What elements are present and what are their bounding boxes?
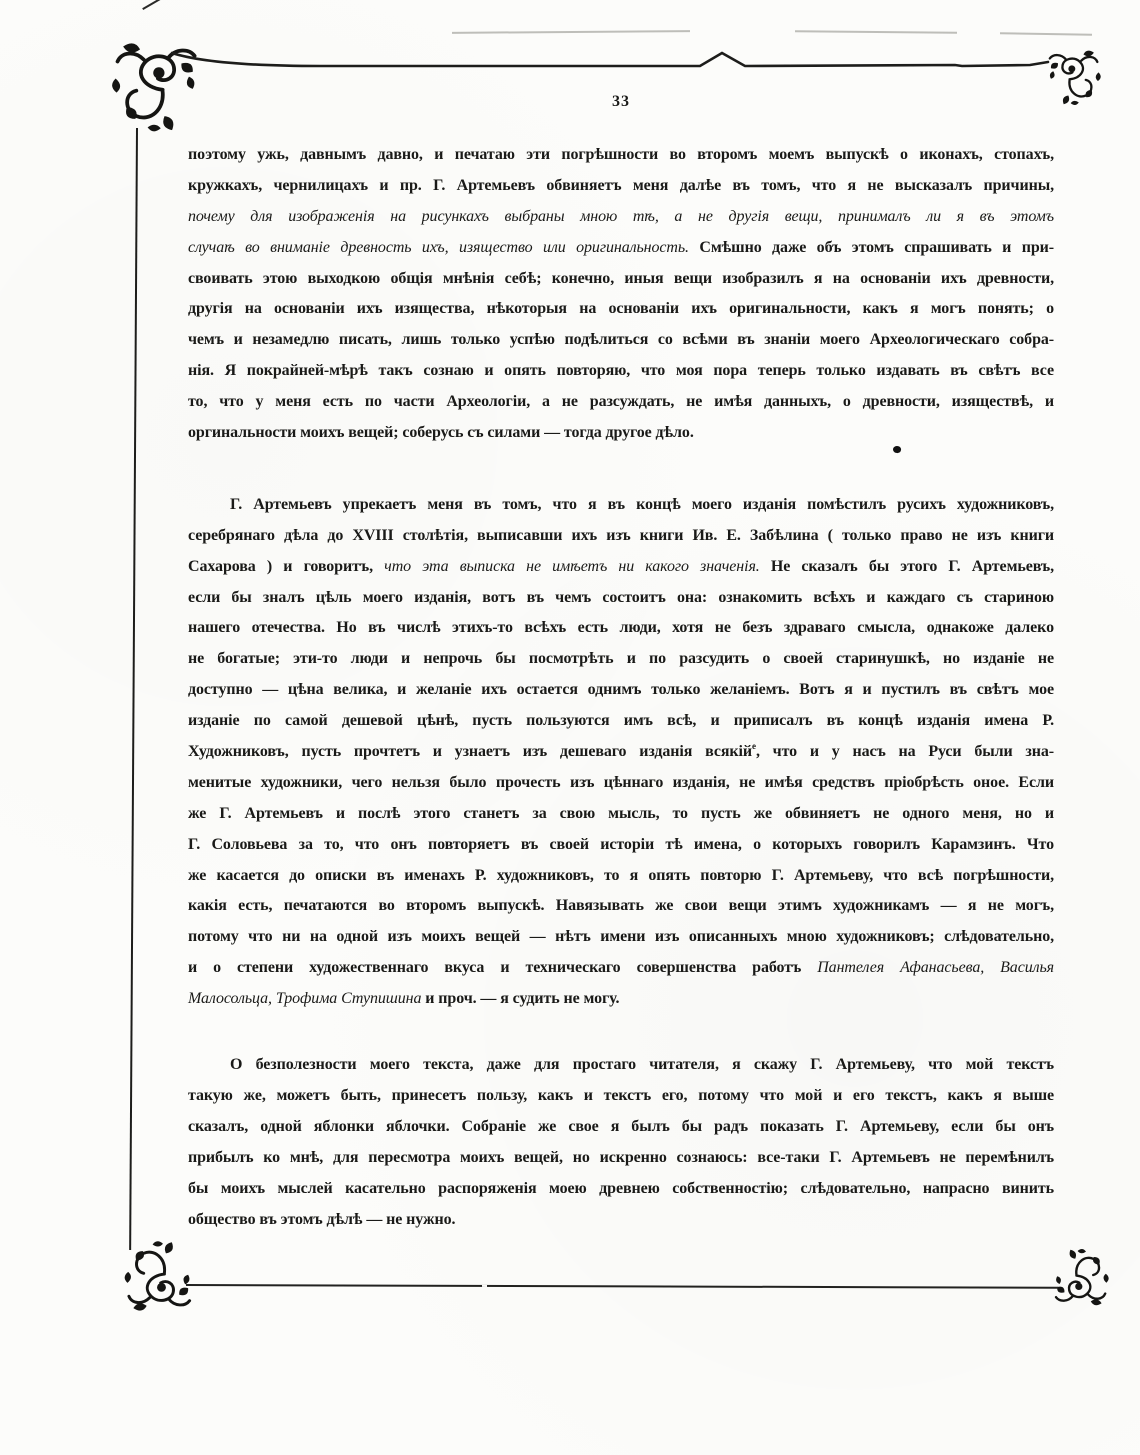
- text-line: не богатые; эти-то люди и непрочь бы пос…: [188, 644, 1054, 675]
- text-run: Г. Артемьевъ упрекаетъ меня въ томъ, что…: [230, 496, 1054, 513]
- text-line: какія есть, печатаются во второмъ выпуск…: [188, 891, 1054, 922]
- text-run: кружкахъ, чернилицахъ и пр. Г. Артемьевъ…: [188, 177, 1054, 194]
- text-run: оргинальности моихъ вещей; соберусь съ с…: [188, 424, 694, 441]
- text-line: серебрянаго дѣла до XVIII столѣтія, выпи…: [188, 521, 1054, 552]
- text-run: своивать этою выходкою общія мнѣнія себѣ…: [188, 270, 1054, 287]
- text-run: бы моихъ мыслей касательно распоряженія …: [188, 1180, 1054, 1197]
- text-run: Не сказалъ бы этого Г. Артемьевъ,: [771, 558, 1054, 575]
- text-line: общество въ этомъ дѣлѣ — не нужно.: [188, 1205, 1054, 1236]
- text-line: менитые художники, чего нельзя было проч…: [188, 768, 1054, 799]
- text-run: менитые художники, чего нельзя было проч…: [188, 774, 1054, 791]
- italic-text-run: Пантелея Афанасьева, Василья: [817, 959, 1054, 976]
- text-run: доступно — цѣна велика, и желаніе ихъ ос…: [188, 681, 1054, 698]
- text-line: Малосольца, Трофима Ступишина и проч. — …: [188, 984, 1054, 1015]
- text-run: то, что у меня есть по части Археологіи,…: [188, 393, 1054, 410]
- text-line: почему для изображенія на рисункахъ выбр…: [188, 202, 1054, 233]
- faint-scan-line: [1000, 32, 1092, 35]
- text-line: и о степени художественнаго вкуса и техн…: [188, 953, 1054, 984]
- text-run: сказалъ, одной яблонки яблочки. Собраніе…: [188, 1118, 1054, 1135]
- rule-break: [482, 1285, 487, 1287]
- text-run: Г. Соловьева за то, что онъ повторяетъ в…: [188, 836, 1054, 853]
- text-run: Смѣшно даже объ этомъ спрашивать и при-: [699, 239, 1054, 256]
- text-line: доступно — цѣна велика, и желаніе ихъ ос…: [188, 675, 1054, 706]
- text-line: прибылъ ко мнѣ, для пересмотра моихъ вещ…: [188, 1143, 1054, 1174]
- text-line: бы моихъ мыслей касательно распоряженія …: [188, 1174, 1054, 1205]
- text-run: не богатые; эти-то люди и непрочь бы пос…: [188, 650, 1054, 667]
- text-run: прибылъ ко мнѣ, для пересмотра моихъ вещ…: [188, 1149, 1054, 1166]
- text-column: поэтому ужь, давнымъ давно, и печатаю эт…: [188, 140, 1054, 1235]
- floral-corner-ornament-bottom-left-icon: [120, 1240, 200, 1314]
- text-line: своивать этою выходкою общія мнѣнія себѣ…: [188, 264, 1054, 295]
- text-run: и о степени художественнаго вкуса и техн…: [188, 959, 817, 976]
- text-line: случаѣ во вниманіе древность ихъ, изящес…: [188, 233, 1054, 264]
- text-run: Художниковъ, пусть прочтетъ и узнаетъ из…: [188, 743, 752, 760]
- scanned-book-page: 33 поэтому ужь, давнымъ давно, и печатаю…: [0, 0, 1140, 1455]
- paragraph: О безполезности моего текста, даже для п…: [188, 1050, 1054, 1235]
- left-vertical-rule: [129, 128, 138, 1250]
- text-line: О безполезности моего текста, даже для п…: [188, 1050, 1054, 1081]
- bottom-rule: [186, 1284, 1058, 1289]
- italic-text-run: почему для изображенія на рисункахъ выбр…: [188, 208, 1054, 225]
- text-line: оргинальности моихъ вещей; соберусь съ с…: [188, 418, 1054, 449]
- diagonal-edge-stroke: [142, 0, 176, 10]
- text-line: такую же, можетъ быть, принесетъ пользу,…: [188, 1081, 1054, 1112]
- text-line: же Г. Артемьевъ и послѣ этого станетъ за…: [188, 799, 1054, 830]
- text-line: нашего отечества. Но въ числѣ этихъ-то в…: [188, 613, 1054, 644]
- text-run: Сахарова ) и говоритъ,: [188, 558, 384, 575]
- paragraph: поэтому ужь, давнымъ давно, и печатаю эт…: [188, 140, 1054, 449]
- text-line: нія. Я покрайней-мѣрѣ такъ сознаю и опят…: [188, 356, 1054, 387]
- paragraph: Г. Артемьевъ упрекаетъ меня въ томъ, что…: [188, 490, 1054, 1015]
- text-run: нашего отечества. Но въ числѣ этихъ-то в…: [188, 619, 1054, 636]
- text-line: чемъ и незамедлю писать, лишь только усп…: [188, 325, 1054, 356]
- floral-corner-ornament-bottom-right-icon: [1050, 1240, 1110, 1316]
- text-run: нія. Я покрайней-мѣрѣ такъ сознаю и опят…: [188, 362, 1054, 379]
- text-line: изданіе по самой дешевой цѣнѣ, пусть пол…: [188, 706, 1054, 737]
- text-line: если бы зналъ цѣль моего изданія, вотъ в…: [188, 583, 1054, 614]
- text-run: изданіе по самой дешевой цѣнѣ, пусть пол…: [188, 712, 1054, 729]
- wavy-top-rule: [160, 45, 1060, 80]
- faint-scan-line: [795, 30, 957, 33]
- text-line: Сахарова ) и говоритъ, что эта выписка н…: [188, 552, 1054, 583]
- text-line: сказалъ, одной яблонки яблочки. Собраніе…: [188, 1112, 1054, 1143]
- text-line: Художниковъ, пусть прочтетъ и узнаетъ из…: [188, 737, 1054, 768]
- text-run: серебрянаго дѣла до XVIII столѣтія, выпи…: [188, 527, 1054, 544]
- italic-text-run: случаѣ во вниманіе древность ихъ, изящес…: [188, 239, 699, 256]
- italic-text-run: Малосольца, Трофима Ступишина: [188, 990, 425, 1007]
- text-line: Г. Артемьевъ упрекаетъ меня въ томъ, что…: [188, 490, 1054, 521]
- text-run: О безполезности моего текста, даже для п…: [230, 1056, 1054, 1073]
- text-run: поэтому ужь, давнымъ давно, и печатаю эт…: [188, 146, 1054, 163]
- text-run: общество въ этомъ дѣлѣ — не нужно.: [188, 1211, 455, 1228]
- text-line: кружкахъ, чернилицахъ и пр. Г. Артемьевъ…: [188, 171, 1054, 202]
- text-run: другія на основаніи ихъ изящества, нѣкот…: [188, 300, 1054, 317]
- text-run: если бы зналъ цѣль моего изданія, вотъ в…: [188, 589, 1054, 606]
- text-run: какія есть, печатаются во второмъ выпуск…: [188, 897, 1054, 914]
- page-number: 33: [188, 93, 1054, 111]
- faint-scan-line: [452, 30, 690, 33]
- text-line: другія на основаніи ихъ изящества, нѣкот…: [188, 294, 1054, 325]
- text-line: же касается до описки въ именахъ Р. худо…: [188, 861, 1054, 892]
- text-run: чемъ и незамедлю писать, лишь только усп…: [188, 331, 1054, 348]
- text-run: и проч. — я судить не могу.: [425, 990, 619, 1007]
- text-run: же касается до описки въ именахъ Р. худо…: [188, 867, 1054, 884]
- text-line: Г. Соловьева за то, что онъ повторяетъ в…: [188, 830, 1054, 861]
- text-line: потому что ни на одной изъ моихъ вещей —…: [188, 922, 1054, 953]
- text-run: такую же, можетъ быть, принесетъ пользу,…: [188, 1087, 1054, 1104]
- italic-text-run: что эта выписка не имѣетъ ни какого знач…: [384, 558, 771, 575]
- text-line: то, что у меня есть по части Археологіи,…: [188, 387, 1054, 418]
- text-run: потому что ни на одной изъ моихъ вещей —…: [188, 928, 1054, 945]
- text-run: же Г. Артемьевъ и послѣ этого станетъ за…: [188, 805, 1054, 822]
- text-run: , что и у насъ на Руси были зна-: [756, 743, 1054, 760]
- text-line: поэтому ужь, давнымъ давно, и печатаю эт…: [188, 140, 1054, 171]
